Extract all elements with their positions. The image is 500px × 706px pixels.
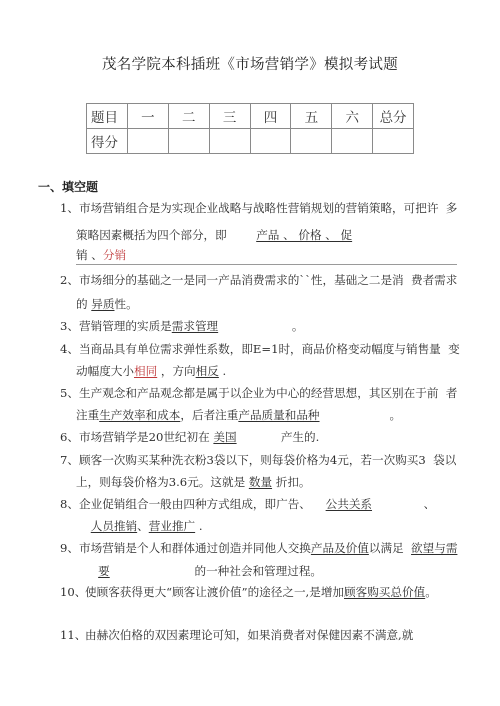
- horizontal-rule: [76, 264, 457, 265]
- answer-blank: 公共关系: [326, 497, 372, 511]
- answer-blank: 需求管理: [172, 319, 218, 333]
- answer-blank: 产品 、 价格 、 促: [256, 228, 352, 242]
- question-number: 11、: [60, 627, 86, 643]
- score-cell: [168, 129, 209, 154]
- question-text: 销 、: [76, 248, 103, 262]
- page-title: 茂名学院本科插班《市场营销学》模拟考试题: [0, 53, 500, 74]
- question-text-line: 市场营销组合是为实现企业战略与战略性营销规划的营销策略，可把许 多: [79, 200, 457, 216]
- answer-blank: 营业推广: [149, 519, 195, 533]
- question-text: 产生的.: [237, 430, 320, 444]
- question-text: 生产观念和产品观念都是属于以企业为中心的经营思想，其区别在于前 者: [79, 386, 457, 400]
- question-text: 市场营销是个人和群体通过创造并同他人交换: [79, 541, 311, 555]
- question-number: 1、: [60, 200, 79, 216]
- question-text: 的一种社会和管理过程。: [110, 564, 322, 578]
- answer-blank: 欲望与需: [411, 541, 457, 555]
- answer-blank: 异质: [91, 297, 114, 311]
- question-text: [76, 564, 98, 578]
- answer-blank: 人员推销: [91, 519, 137, 533]
- question-text: .: [219, 364, 226, 378]
- question-text-line: 人员推销、营业推广 .: [76, 518, 203, 534]
- question-text-line: 销 、分销: [76, 247, 126, 263]
- question-text: .: [195, 519, 202, 533]
- question-text: 动幅度大小: [76, 364, 134, 378]
- question-text-line: 企业促销组合一般由四种方式组成，即广告、 公共关系 、: [79, 496, 435, 512]
- question-text: 。: [218, 319, 303, 333]
- header-cell: 总分: [373, 104, 414, 129]
- score-cell: 得分: [87, 129, 128, 154]
- header-cell: 二: [168, 104, 209, 129]
- question-number: 4、: [60, 341, 79, 357]
- question-text: 、: [372, 497, 435, 511]
- score-cell: [250, 129, 291, 154]
- question-text: 由赫次伯格的双因素理论可知，如果消费者对保健因素不满意,就: [85, 628, 413, 642]
- question-text: 市场营销组合是为实现企业战略与战略性营销规划的营销策略，可把许 多: [79, 201, 457, 215]
- question-text: ，后者注重: [180, 408, 238, 422]
- header-cell: 题目: [87, 104, 128, 129]
- question-text-line: 市场营销是个人和群体通过创造并同他人交换产品及价值以满足 欲望与需: [79, 540, 457, 556]
- question-number: 2、: [60, 272, 79, 288]
- question-text-line: 市场营销学是20世纪初在 美国 产生的.: [79, 429, 319, 445]
- score-table: 题目 一 二 三 四 五 六 总分 得分: [86, 103, 414, 154]
- answer-blank: 要: [98, 564, 110, 578]
- question-number: 10、: [60, 584, 86, 600]
- question-text-line: 的 异质性。: [76, 296, 138, 312]
- question-text-line: 顾客一次购买某种洗衣粉3袋以下，则每袋价格为4元，若一次购买3 袋以: [79, 452, 456, 468]
- question-text: 注重: [76, 408, 99, 422]
- question-number: 3、: [60, 318, 79, 334]
- question-text: [76, 519, 91, 533]
- answer-blank: 数量: [249, 475, 272, 489]
- question-text: 使顾客获得更大“顾客让渡价值”的途径之一,是增加: [85, 585, 344, 599]
- answer-blank: 相同: [134, 364, 157, 378]
- question-text-line: 营销管理的实质是需求管理 。: [79, 318, 303, 334]
- question-text: 上，则每袋价格为3.6元。这就是: [76, 475, 249, 489]
- question-number: 8、: [60, 496, 79, 512]
- question-text-line: 动幅度大小相同 ，方向相反 .: [76, 363, 226, 379]
- question-text-line: 生产观念和产品观念都是属于以企业为中心的经营思想，其区别在于前 者: [79, 385, 457, 401]
- question-text: 市场细分的基础之一是同一产品消费需求的``性，基础之二是消 费者需求: [79, 273, 457, 287]
- question-number: 5、: [60, 385, 79, 401]
- score-table-score-row: 得分: [87, 129, 414, 154]
- answer-blank: 相反: [196, 364, 219, 378]
- question-text-line: 当商品具有单位需求弹性系数，即E=1时，商品价格变动幅度与销售量 变: [79, 341, 460, 357]
- question-text: 、: [137, 519, 149, 533]
- question-text-line: 策略因素概括为四个部分，即 产品 、 价格 、 促: [76, 227, 352, 243]
- question-text: 的: [76, 297, 91, 311]
- score-cell: [373, 129, 414, 154]
- question-text: 分销: [103, 248, 126, 262]
- answer-blank: 顾客购买总价值: [344, 585, 425, 599]
- question-text-line: 上，则每袋价格为3.6元。这就是 数量 折扣。: [76, 474, 311, 490]
- question-text-line: 由赫次伯格的双因素理论可知，如果消费者对保健因素不满意,就: [85, 627, 413, 643]
- question-text: 企业促销组合一般由四种方式组成，即广告、: [79, 497, 326, 511]
- question-text-line: 使顾客获得更大“顾客让渡价值”的途径之一,是增加顾客购买总价值。: [85, 584, 437, 600]
- question-number: 9、: [60, 540, 79, 556]
- header-cell: 三: [209, 104, 250, 129]
- question-text: 以满足: [369, 541, 411, 555]
- header-cell: 六: [332, 104, 373, 129]
- question-text: 性。: [114, 297, 137, 311]
- question-text-line: 注重生产效率和成本，后者注重产品质量和品种 。: [76, 407, 401, 423]
- question-text: 当商品具有单位需求弹性系数，即E=1时，商品价格变动幅度与销售量 变: [79, 342, 460, 356]
- question-number: 7、: [60, 452, 79, 468]
- question-text: 。: [425, 585, 437, 599]
- answer-blank: 生产效率和成本: [99, 408, 180, 422]
- score-cell: [332, 129, 373, 154]
- question-text: 市场营销学是20世纪初在: [79, 430, 213, 444]
- question-text-line: 市场细分的基础之一是同一产品消费需求的``性，基础之二是消 费者需求: [79, 272, 457, 288]
- score-cell: [291, 129, 332, 154]
- answer-blank: 产品质量和品种: [238, 408, 319, 422]
- section-heading: 一、填空题: [38, 178, 98, 195]
- header-cell: 一: [127, 104, 168, 129]
- score-cell: [209, 129, 250, 154]
- question-text: 营销管理的实质是: [79, 319, 172, 333]
- header-cell: 五: [291, 104, 332, 129]
- question-text: 顾客一次购买某种洗衣粉3袋以下，则每袋价格为4元，若一次购买3 袋以: [79, 453, 456, 467]
- question-text: ，方向: [157, 364, 195, 378]
- question-number: 6、: [60, 429, 79, 445]
- score-table-header-row: 题目 一 二 三 四 五 六 总分: [87, 104, 414, 129]
- question-text: 折扣。: [272, 475, 310, 489]
- question-text: 。: [320, 408, 402, 422]
- score-cell: [127, 129, 168, 154]
- answer-blank: 产品及价值: [311, 541, 369, 555]
- answer-blank: 美国: [213, 430, 236, 444]
- question-text-line: 要 的一种社会和管理过程。: [76, 563, 322, 579]
- question-text: 策略因素概括为四个部分，即: [76, 228, 256, 242]
- header-cell: 四: [250, 104, 291, 129]
